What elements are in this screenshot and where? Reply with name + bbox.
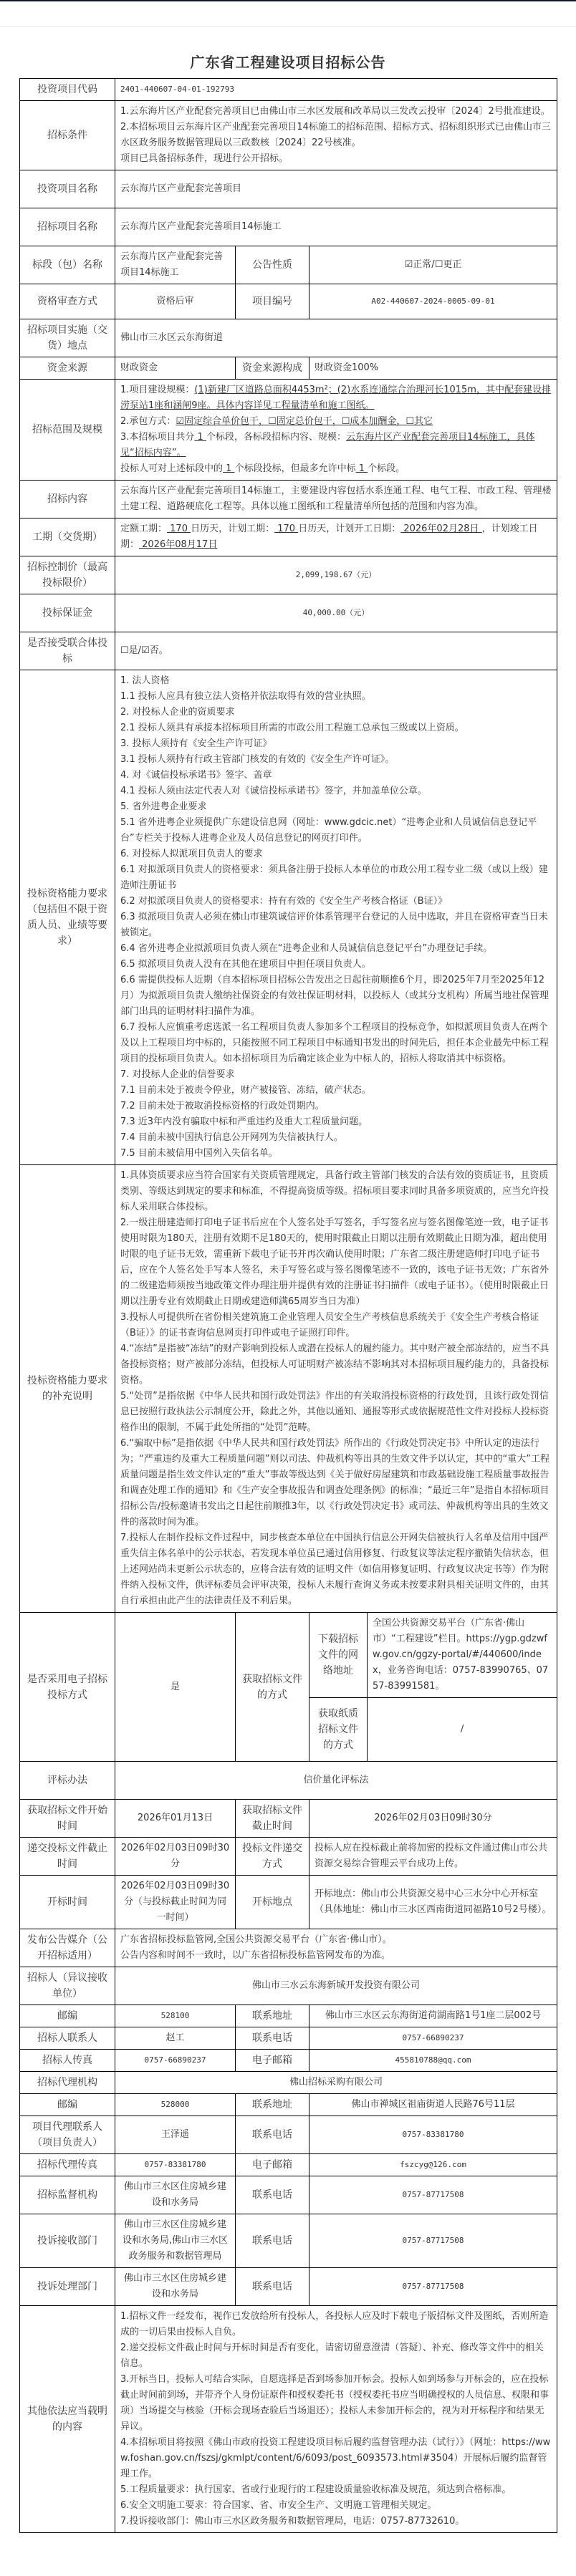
row-agency-contact: 项目代理联系人（项目负责人） 王泽遥 联系电话 0757-83381780: [20, 2116, 557, 2154]
media-value: 广东省招标投标监管网,全国公共资源交易平台（广东省·佛山市）。 公告内容和时间不…: [115, 1929, 557, 1967]
row-complaint-receive: 投诉接收部门 佛山市三水区住房城乡建设和水务局,佛山市三水区政务服务和数据管理局…: [20, 2214, 557, 2268]
row-agency-fax: 招标代理传真 0757-83381780 电子邮箱 fszcyg@126.com: [20, 2154, 557, 2176]
qualification-line: 6. 对投标人拟派项目负责人的要求: [120, 846, 552, 862]
qualification-line: 5. 省外进粤企业要求: [120, 799, 552, 815]
label-submit-method: 投标文件递交方式: [236, 1838, 309, 1876]
qualification-line: 6.5 拟派项目负责人没有在其他在建项目中担任项目负责人。: [120, 957, 552, 973]
scope-l3-prefix: 3.本招标项目共分: [120, 432, 194, 443]
top-spacer: [0, 1, 576, 27]
label-other: 其他依法应当载明的内容: [20, 2306, 115, 2533]
notice-table: 投资项目代码 2401-440607-04-01-192793 招标条件 1.云…: [19, 78, 557, 2533]
label-agency-contact: 项目代理联系人（项目负责人）: [20, 2116, 115, 2154]
row-tenderer: 招标人（异议接收单位） 佛山市三水云东海新城开发投资有限公司: [20, 1967, 557, 2005]
label-agency: 招标代理机构: [20, 2072, 115, 2094]
supplement-line: 2.一级注册建造师打印电子证书后应在个人签名处手写签名，手写签名应与签名图像笔迹…: [120, 1215, 552, 1310]
label-conditions: 招标条件: [20, 101, 115, 170]
nature-value: ☑正常/☐更正: [309, 246, 557, 284]
complaint-handle-value: 佛山市三水区住房城乡建设和水务局: [115, 2268, 236, 2306]
invest-name-value: 云东海片区产业配套完善项目: [115, 170, 557, 208]
row-complaint-handle: 投诉处理部门 佛山市三水区住房城乡建设和水务局 联系电话 0757-877175…: [20, 2268, 557, 2306]
qualification-line: 6.4 省外进粤企业拟派项目负责人须在“进粤企业和人员诚信信息登记平台”办理登记…: [120, 941, 552, 957]
quota-days: 170: [167, 524, 191, 534]
control-price-value: 2,099,198.67（元）: [115, 556, 557, 594]
scope-line-3: 3.本招标项目共分 1 个标段，各标段招标内容、规模：云东海片区产业配套完善项目…: [120, 430, 552, 461]
label-tenderer-email: 电子邮箱: [236, 2050, 309, 2072]
funding-value: 财政资金: [115, 357, 236, 380]
label-download-url: 下载招标文件的网络地址: [309, 1613, 368, 1698]
location-value: 佛山市三水区云东海街道: [115, 319, 557, 357]
qualification-line: 4. 对《诚信投标承诺书》签字、盖章: [120, 768, 552, 783]
end-date: 2026年08月17日: [139, 539, 217, 550]
scope-l2-prefix: 2.承包方式：: [120, 416, 176, 427]
row-agency-post: 邮编 528000 联系地址 佛山市禅城区祖庙街道人民路76号11层: [20, 2094, 557, 2116]
other-value: 1.招标文件一经发布，视作已发放给所有投标人，各投标人应及时下载电子版招标文件及…: [115, 2306, 557, 2533]
qualification-line: 2. 对投标人企业的资质要求: [120, 705, 552, 720]
qualification-line: 5.1 省外进粤企业须提供广东建设信息网（网址：www.gdcic.net）“进…: [120, 815, 552, 846]
row-control-price: 招标控制价（最高投标限价） 2,099,198.67（元）: [20, 556, 557, 594]
complaint-receive-value: 佛山市三水区住房城乡建设和水务局,佛山市三水区政务服务和数据管理局: [115, 2214, 236, 2268]
label-complaint-handle-phone: 联系电话: [236, 2268, 309, 2306]
label-tenderer-phone: 联系电话: [236, 2027, 309, 2050]
other-line: 2.递交投标文件截止时间与开标时间是否有变化，请密切留意澄清（答疑）、补充、修改…: [120, 2340, 552, 2372]
qualification-line: 7.3 近3年内没有骗取中标和严重违约及重大工程质量问题。: [120, 1114, 552, 1130]
row-agency: 招标代理机构 佛山招标采购有限公司: [20, 2072, 557, 2094]
tenderer-email-value[interactable]: 455810788@qq.com: [309, 2050, 557, 2072]
label-supervision: 招标监督机构: [20, 2176, 115, 2214]
row-review: 资格审查方式 资格后审 项目编号 A02-440607-2024-0005-09…: [20, 284, 557, 319]
label-agency-email: 电子邮箱: [236, 2154, 309, 2176]
label-tenderer-fax: 招标人传真: [20, 2050, 115, 2072]
row-section: 标段（包）名称 云东海片区产业配套完善项目14标施工 公告性质 ☑正常/☐更正: [20, 246, 557, 284]
contract-type-options: ☑固定综合单价包干，☐固定总价包干，☐成本加酬金，☐其它: [176, 416, 433, 427]
opening-place-value: 开标地点：佛山市公共资源交易中心三水分中心开标室（具体地址：佛山市三水区西南街道…: [309, 1876, 557, 1929]
label-nature: 公告性质: [236, 246, 309, 284]
other-line: 7.投诉接收部门：佛山市三水区政务服务和数据管理局，电话：0757-877326…: [120, 2514, 552, 2529]
qualification-line: 6.2 对拟派项目负责人的资格要求：持有有效的《安全生产考核合格证（B证）》: [120, 894, 552, 910]
row-invest-code: 投资项目代码 2401-440607-04-01-192793: [20, 79, 557, 101]
row-scope: 招标范围及规模 1.项目建设规模：(1)新建厂区道路总面积4453m²；(2)水…: [20, 380, 557, 481]
other-line: 4.本招标项目将按照《佛山市政府投资工程建设项目标后履约监督管理办法（试行）》（…: [120, 2435, 552, 2482]
tenderer-phone-value: 0757-66890237: [309, 2027, 557, 2050]
start-date: 2026年02月28日: [400, 524, 481, 534]
label-opening-place: 开标地点: [236, 1876, 309, 1929]
row-tenderer-fax: 招标人传真 0757-66890237 电子邮箱 455810788@qq.co…: [20, 2050, 557, 2072]
row-funding: 资金来源 财政资金 资金来源构成 财政资金100%: [20, 357, 557, 380]
invest-code-value: 2401-440607-04-01-192793: [115, 79, 557, 101]
obtain-start-value: 2026年01月13日: [115, 1800, 236, 1838]
row-submit: 递交投标文件截止时间 2026年02月03日09时30分 投标文件递交方式 投标…: [20, 1838, 557, 1876]
row-conditions: 招标条件 1.云东海片区产业配套完善项目已由佛山市三水区发展和改革局以三发改云投…: [20, 101, 557, 170]
scope-l3-mid: 个标段，各标段招标内容、规模：: [206, 432, 346, 443]
submit-method-value: 投标人应在投标截止前将加密的投标文件通过佛山市公共资源交易综合管理云平台成功上传…: [309, 1838, 557, 1876]
row-opening: 开标时间 2026年02月03日09时30分（与投标截止时间为同一时间） 开标地…: [20, 1876, 557, 1929]
qualification-line: 6.1 对拟派项目负责人的资格要求：须具备注册于投标人本单位的市政公用工程专业二…: [120, 862, 552, 894]
label-supervision-phone: 联系电话: [236, 2176, 309, 2214]
agency-email-value[interactable]: fszcyg@126.com: [309, 2154, 557, 2176]
plan-days: 170: [274, 524, 298, 534]
qualification-line: 6.6 需提供投标人近期（自本招标项目招标公告发出之日起往前顺推6个月，即202…: [120, 973, 552, 1020]
qualification-line: 1. 法人资格: [120, 673, 552, 689]
obtain-end-value: 2026年02月03日09时30分: [309, 1800, 557, 1838]
complaint-receive-phone-value: 0757-87717508: [309, 2214, 557, 2268]
qualification-line: 7.2 目前未处于被取消投标资格的行政处罚期内。: [120, 1099, 552, 1114]
agency-contact-value: 王泽遥: [115, 2116, 236, 2154]
scope-l4-c: 个标段。: [368, 463, 405, 474]
review-value: 资格后审: [115, 284, 236, 319]
scope-line-1: 1.项目建设规模：(1)新建厂区道路总面积4453m²；(2)水系连通综合治理河…: [120, 382, 552, 414]
qualification-line: 3.1 投标人须持有行政主管部门核发的有效的《安全生产许可证》。: [120, 752, 552, 768]
scope-l1-prefix: 1.项目建设规模：: [120, 385, 194, 395]
other-line: 1.招标文件一经发布，视作已发放给所有投标人，各投标人应及时下载电子版招标文件及…: [120, 2309, 552, 2340]
row-other: 其他依法应当载明的内容 1.招标文件一经发布，视作已发放给所有投标人，各投标人应…: [20, 2306, 557, 2533]
row-tender-name: 招标项目名称 云东海片区产业配套完善项目14标施工: [20, 208, 557, 246]
label-tender-name: 招标项目名称: [20, 208, 115, 246]
project-code-value: A02-440607-2024-0005-09-01: [309, 284, 557, 319]
label-complaint-receive-phone: 联系电话: [236, 2214, 309, 2268]
label-location: 招标项目实施（交货）地点: [20, 319, 115, 357]
page-title: 广东省工程建设项目招标公告: [0, 51, 576, 72]
row-consortium: 是否接受联合体投标 ☐是/☑否。: [20, 632, 557, 670]
label-review: 资格审查方式: [20, 284, 115, 319]
conditions-line: 2.本招标项目云东海片区产业配套完善项目14标施工的招标范围、招标方式、招标组织…: [120, 120, 552, 151]
submit-deadline-value: 2026年02月03日09时30分: [115, 1838, 236, 1876]
download-url-value[interactable]: 全国公共资源交易平台（广东省·佛山市）“工程建设”栏目。https://ygp.…: [368, 1613, 557, 1698]
row-location: 招标项目实施（交货）地点 佛山市三水区云东海街道: [20, 319, 557, 357]
supplement-line: 7.投标人在制作投标文件过程中，同步核查本单位在中国执行信息公开网失信被执行人名…: [120, 1530, 552, 1609]
tender-name-value: 云东海片区产业配套完善项目14标施工: [115, 208, 557, 246]
row-supplement: 投标资格能力要求的补充说明 1.具体资质要求应当符合国家有关资质管理规定，具备行…: [20, 1165, 557, 1613]
label-content: 招标内容: [20, 481, 115, 518]
electronic-value: 是: [115, 1613, 236, 1762]
conditions-line: 项目已具备招标条件，现进行公开招标。: [120, 151, 552, 167]
qualification-line: 1.1 投标人应具有独立法人资格并依法取得有效的营业执照。: [120, 689, 552, 705]
other-line: 6.安全文明施工要求：符合国家、省、市安全生产、文明施工管理相关规定。: [120, 2498, 552, 2514]
label-obtain-end: 获取招标文件截止时间: [236, 1800, 309, 1838]
row-qualification: 投标资格能力要求（包括但不限于资质人员、业绩等要求） 1. 法人资格 1.1 投…: [20, 670, 557, 1165]
label-scope: 招标范围及规模: [20, 380, 115, 481]
agency-value: 佛山招标采购有限公司: [115, 2072, 557, 2094]
agency-fax-value: 0757-83381780: [115, 2154, 236, 2176]
other-line: 3.开标当日，投标人可结合实际，自愿选择是否到场参加开标会。投标人如到场参与开标…: [120, 2372, 552, 2435]
qualification-line: 6.7 投标人应慎重考虑选派一名工程项目负责人参加多个工程项目的投标竞争，如拟派…: [120, 1020, 552, 1067]
row-deposit: 投标保证金 40,000.00（元）: [20, 594, 557, 632]
label-tenderer-address: 联系地址: [236, 2005, 309, 2027]
supplement-value: 1.具体资质要求应当符合国家有关资质管理规定，具备行政主管部门核发的合法有效的资…: [115, 1165, 557, 1613]
label-funding-composition: 资金来源构成: [236, 357, 309, 380]
label-tenderer-postcode: 邮编: [20, 2005, 115, 2027]
footer-spacer: [0, 2533, 576, 2576]
label-paper-method: 获取纸质招标文件的方式: [309, 1698, 368, 1762]
qualification-line: 6.3 拟派项目负责人必须在佛山市建筑诚信评价体系管理平台登记的人员中选取，并且…: [120, 910, 552, 941]
tenderer-address-value: 佛山市三水区云东海街道荷湖南路1号1座二层002号: [309, 2005, 557, 2027]
scope-value: 1.项目建设规模：(1)新建厂区道路总面积4453m²；(2)水系连通综合治理河…: [115, 380, 557, 481]
supervision-value: 佛山市三水区住房城乡建设和水务局: [115, 2176, 236, 2214]
label-tenderer-contact: 招标人联系人: [20, 2027, 115, 2050]
label-control-price: 招标控制价（最高投标限价）: [20, 556, 115, 594]
agency-phone-value: 0757-83381780: [309, 2116, 557, 2154]
section-count: 1: [194, 432, 206, 443]
tenderer-contact-value: 赵工: [115, 2027, 236, 2050]
row-electronic-download: 是否采用电子招标投标方式 是 获取招标文件的方式 下载招标文件的网络地址 全国公…: [20, 1613, 557, 1698]
qualification-line: 7.5 目前未被信用中国列入失信名单。: [120, 1146, 552, 1162]
label-deposit: 投标保证金: [20, 594, 115, 632]
label-invest-code: 投资项目代码: [20, 79, 115, 101]
media-line: 广东省招标投标监管网,全国公共资源交易平台（广东省·佛山市）。: [120, 1932, 552, 1948]
label-obtain-start: 获取招标文件开始时间: [20, 1800, 115, 1838]
label-complaint-receive: 投诉接收部门: [20, 2214, 115, 2268]
label-period: 工期（交货期）: [20, 518, 115, 556]
bid-section-count: 1: [223, 463, 235, 474]
row-obtain-time: 获取招标文件开始时间 2026年01月13日 获取招标文件截止时间 2026年0…: [20, 1800, 557, 1838]
row-invest-name: 投资项目名称 云东海片区产业配套完善项目: [20, 170, 557, 208]
tenderer-fax-value: 0757-66890237: [115, 2050, 236, 2072]
conditions-line: 1.云东海片区产业配套完善项目已由佛山市三水区发展和改革局以三发改云投审〔202…: [120, 104, 552, 120]
tenderer-value: 佛山市三水云东海新城开发投资有限公司: [115, 1967, 557, 2005]
label-submit-deadline: 递交投标文件截止时间: [20, 1838, 115, 1876]
paper-method-value: /: [368, 1698, 557, 1762]
label-evaluation: 评标办法: [20, 1762, 115, 1800]
qualification-line: 7.4 目前未被中国执行信息公开网列为失信被执行人。: [120, 1130, 552, 1146]
section-value: 云东海片区产业配套完善项目14标施工: [115, 246, 236, 284]
row-period: 工期（交货期） 定额工期： 170 日历天，计划工期： 170 日历天，计划开工…: [20, 518, 557, 556]
funding-composition-value: 财政资金100%: [309, 357, 557, 380]
win-section-count: 1: [356, 463, 368, 474]
qualification-line: 7.1 目前未处于被责令停业，财产被接管、冻结，破产状态。: [120, 1083, 552, 1099]
label-agency-address: 联系地址: [236, 2094, 309, 2116]
row-supervision: 招标监督机构 佛山市三水区住房城乡建设和水务局 联系电话 0757-877175…: [20, 2176, 557, 2214]
complaint-handle-phone-value: 0757-87717508: [309, 2268, 557, 2306]
label-complaint-handle: 投诉处理部门: [20, 2268, 115, 2306]
row-content: 招标内容 云东海片区产业配套完善项目14标施工，主要建设内容包括水系连通工程、电…: [20, 481, 557, 518]
media-line: 公告内容和时间不一致时，以广东省招标投标监管网发布的为准。: [120, 1948, 552, 1964]
label-agency-fax: 招标代理传真: [20, 2154, 115, 2176]
label-obtain-method: 获取招标文件的方式: [236, 1613, 309, 1762]
deposit-value: 40,000.00（元）: [115, 594, 557, 632]
label-agency-postcode: 邮编: [20, 2094, 115, 2116]
label-section: 标段（包）名称: [20, 246, 115, 284]
row-tenderer-contact: 招标人联系人 赵工 联系电话 0757-66890237: [20, 2027, 557, 2050]
evaluation-value: 信价量化评标法: [115, 1762, 557, 1800]
scope-line-2: 2.承包方式：☑固定综合单价包干，☐固定总价包干，☐成本加酬金，☐其它: [120, 414, 552, 430]
tenderer-postcode-value: 528100: [115, 2005, 236, 2027]
label-project-code: 项目编号: [236, 284, 309, 319]
label-tenderer: 招标人（异议接收单位）: [20, 1967, 115, 2005]
row-media: 发布公告媒介（公开招标适用） 广东省招标投标监管网,全国公共资源交易平台（广东省…: [20, 1929, 557, 1967]
scope-l4-b: 个标段投标，但最多允许中标: [235, 463, 356, 474]
qualification-line: 3. 投标人须持有《安全生产许可证》: [120, 736, 552, 752]
label-invest-name: 投资项目名称: [20, 170, 115, 208]
qualification-value: 1. 法人资格 1.1 投标人应具有独立法人资格并依法取得有效的营业执照。 2.…: [115, 670, 557, 1165]
label-funding: 资金来源: [20, 357, 115, 380]
supplement-line: 1.具体资质要求应当符合国家有关资质管理规定，具备行政主管部门核发的合法有效的资…: [120, 1168, 552, 1215]
content-value: 云东海片区产业配套完善项目14标施工，主要建设内容包括水系连通工程、电气工程、市…: [115, 481, 557, 518]
label-electronic: 是否采用电子招标投标方式: [20, 1613, 115, 1762]
period-text: 日历天，计划工期：: [191, 524, 274, 534]
period-value: 定额工期： 170 日历天，计划工期： 170 日历天，计划开工日期： 2026…: [115, 518, 557, 556]
scope-l4-a: 投标人可对上述标段中的: [120, 463, 223, 474]
agency-address-value: 佛山市禅城区祖庙街道人民路76号11层: [309, 2094, 557, 2116]
supplement-line: 6.“骗取中标”是指依据《中华人民共和国行政处罚法》所作出的《行政处罚决定书》中…: [120, 1436, 552, 1530]
scope-line-4: 投标人可对上述标段中的 1 个标段投标，但最多允许中标 1 个标段。: [120, 461, 552, 477]
qualification-line: 7. 对投标人企业的信誉要求: [120, 1067, 552, 1083]
supplement-line: 5.“处罚”是指依据《中华人民共和国行政处罚法》作出的有关取消投标资格的行政处罚…: [120, 1389, 552, 1436]
label-media: 发布公告媒介（公开招标适用）: [20, 1929, 115, 1967]
label-consortium: 是否接受联合体投标: [20, 632, 115, 670]
row-tenderer-post: 邮编 528100 联系地址 佛山市三水区云东海街道荷湖南路1号1座二层002号: [20, 2005, 557, 2027]
supplement-line: 4.“冻结”是指被“冻结”的财产影响到投标人或潜在投标人的履约能力。其中财产被全…: [120, 1341, 552, 1389]
consortium-value: ☐是/☑否。: [115, 632, 557, 670]
label-supplement: 投标资格能力要求的补充说明: [20, 1165, 115, 1613]
row-evaluation: 评标办法 信价量化评标法: [20, 1762, 557, 1800]
period-text: 日历天，计划开工日期：: [298, 524, 400, 534]
other-line: 5.工程质量要求：执行国家、省或行业现行的工程建设质量验收标准及规范，须达到合格…: [120, 2482, 552, 2498]
label-agency-phone: 联系电话: [236, 2116, 309, 2154]
label-opening-time: 开标时间: [20, 1876, 115, 1929]
supervision-phone-value: 0757-87717508: [309, 2176, 557, 2214]
qualification-line: 2.1 投标人须具有承接本招标项目所需的市政公用工程施工总承包三级或以上资质。: [120, 720, 552, 736]
supplement-line: 3.投标人可提供所在省份相关建筑施工企业管理人员安全生产考核信息系统关于《安全生…: [120, 1310, 552, 1341]
qualification-line: 4.1 投标人须由法定代表人对《诚信投标承诺书》签字，并加盖单位公章。: [120, 783, 552, 799]
label-qualification: 投标资格能力要求（包括但不限于资质人员、业绩等要求）: [20, 670, 115, 1165]
conditions-value: 1.云东海片区产业配套完善项目已由佛山市三水区发展和改革局以三发改云投审〔202…: [115, 101, 557, 170]
opening-time-value: 2026年02月03日09时30分（与投标截止时间为同一时间）: [115, 1876, 236, 1929]
period-text: 定额工期：: [120, 524, 167, 534]
agency-postcode-value: 528000: [115, 2094, 236, 2116]
